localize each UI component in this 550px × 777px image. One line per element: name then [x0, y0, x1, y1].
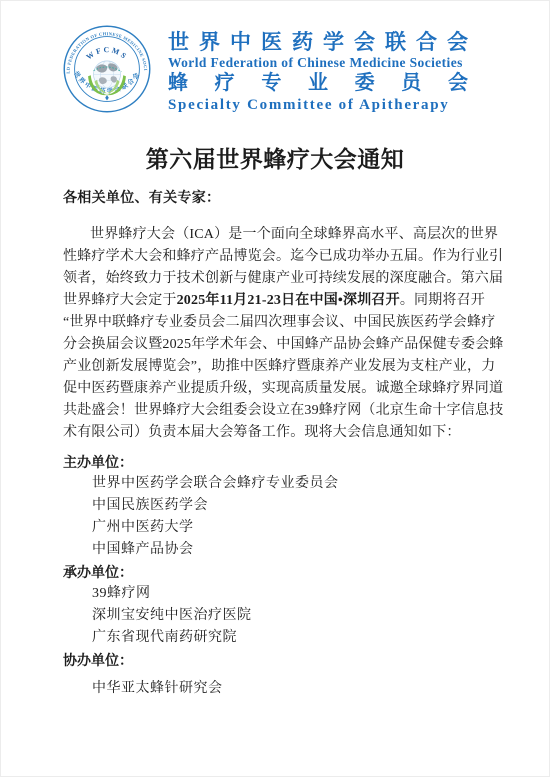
organization-item: 中国蜂产品协会 [92, 539, 487, 561]
paragraph-line: 共赴盛会！世界蜂疗大会组委会设立在39蜂疗网（北京生命十字信息技 [63, 400, 487, 422]
organization-item: 世界中医药学会联合会蜂疗专业委员会 [92, 473, 487, 495]
paragraph-line: 性蜂疗学术大会和蜂疗产品博览会。迄今已成功举办五届。作为行业引 [63, 246, 487, 268]
notice-document-page: WORLD FEDERATION OF CHINESE MEDICINE SOC… [0, 0, 550, 777]
organization-item: 39蜂疗网 [92, 583, 487, 605]
notice-body: 各相关单位、有关专家： 世界蜂疗大会（ICA）是一个面向全球蜂界高水平、高层次的… [63, 188, 487, 700]
paragraph-line: 促中医药暨康养产业提质升级，实现高质量发展。诚邀全球蜂疗界同道 [63, 378, 487, 400]
section-label: 协办单位： [63, 649, 487, 671]
paragraph-line: “世界中联蜂疗专业委员会二届四次理事会议、中国民族医药学会蜂疗 [63, 312, 487, 334]
organizer-sections: 主办单位：世界中医药学会联合会蜂疗专业委员会中国民族医药学会广州中医药大学中国蜂… [63, 451, 487, 700]
organization-item: 深圳宝安纯中医治疗医院 [92, 605, 487, 627]
paragraph-line: 世界蜂疗大会（ICA）是一个面向全球蜂界高水平、高层次的世界 [63, 224, 487, 246]
paragraph-line: 世界蜂疗大会定于2025年11月21-23日在中国•深圳召开。同期将召开 [63, 290, 487, 312]
paragraph-line: 领者，始终致力于技术创新与健康产业可持续发展的深度融合。第六届 [63, 268, 487, 290]
committee-name-cn: 蜂疗专业委员会 [168, 72, 468, 95]
organization-item: 中国民族医药学会 [92, 495, 487, 517]
wfcms-logo: WORLD FEDERATION OF CHINESE MEDICINE SOC… [62, 24, 152, 114]
section-label: 承办单位： [63, 561, 487, 583]
salutation: 各相关单位、有关专家： [63, 188, 487, 210]
notice-title: 第六届世界蜂疗大会通知 [0, 141, 550, 174]
letterhead: WORLD FEDERATION OF CHINESE MEDICINE SOC… [62, 24, 490, 114]
notice-paragraph: 世界蜂疗大会（ICA）是一个面向全球蜂界高水平、高层次的世界性蜂疗学术大会和蜂疗… [63, 224, 487, 444]
section-label: 主办单位： [63, 451, 487, 473]
org-name-en: World Federation of Chinese Medicine Soc… [168, 55, 468, 70]
wfcms-logo-icon: WORLD FEDERATION OF CHINESE MEDICINE SOC… [62, 24, 152, 114]
organization-item: 中华亚太蜂针研究会 [92, 678, 487, 700]
organization-item: 广东省现代南药研究院 [92, 627, 487, 649]
letterhead-titles: 世界中医药学会联合会 World Federation of Chinese M… [168, 30, 468, 114]
paragraph-line: 产业创新发展博览会”，助推中医蜂疗暨康养产业发展为支柱产业，力 [63, 356, 487, 378]
paragraph-line: 分会换届会议暨2025年学术年会、中国蜂产品协会蜂产品保健专委会蜂 [63, 334, 487, 356]
org-name-cn: 世界中医药学会联合会 [168, 30, 468, 54]
committee-name-en: Specialty Committee of Apitherapy [168, 97, 468, 114]
paragraph-line: 术有限公司）负责本届大会筹备工作。现将大会信息通知如下： [63, 422, 487, 444]
organization-item: 广州中医药大学 [92, 517, 487, 539]
